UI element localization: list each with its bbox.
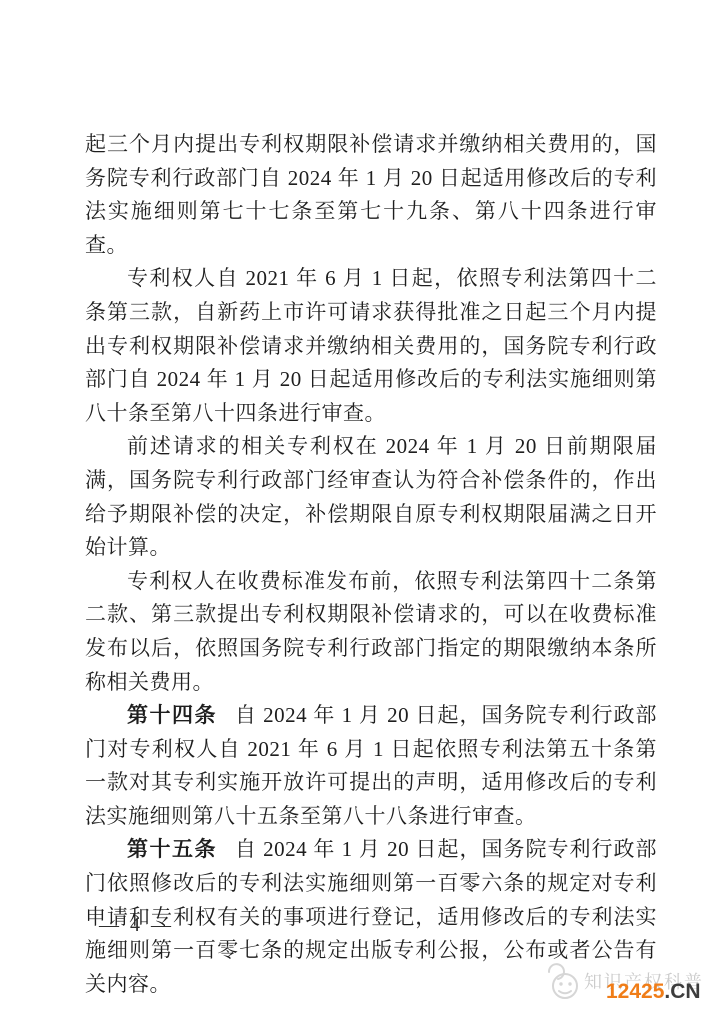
article-number: 第十五条 [127, 838, 217, 861]
body-paragraph: 起三个月内提出专利权期限补偿请求并缴纳相关费用的，国务院专利行政部门自 2024… [85, 128, 657, 262]
watermark-domain: 12425.CN [606, 980, 701, 1004]
article-number: 第十四条 [127, 704, 217, 727]
12425-logo-icon [543, 960, 583, 1007]
watermark: 知识产权科普 12425.CN [543, 958, 718, 1013]
paragraph-text: 专利权人在收费标准发布前，依照专利法第四十二条第二款、第三款提出专利权期限补偿请… [85, 569, 657, 694]
article-paragraph: 第十四条自 2024 年 1 月 20 日起，国务院专利行政部门对专利权人自 2… [85, 699, 657, 833]
page-number: — 4 — [99, 914, 174, 937]
paragraph-text: 专利权人自 2021 年 6 月 1 日起，依照专利法第四十二条第三款，自新药上… [85, 266, 657, 424]
paragraph-text: 起三个月内提出专利权期限补偿请求并缴纳相关费用的，国务院专利行政部门自 2024… [85, 132, 657, 257]
body-paragraph: 专利权人自 2021 年 6 月 1 日起，依照专利法第四十二条第三款，自新药上… [85, 262, 657, 430]
paragraph-text: 前述请求的相关专利权在 2024 年 1 月 20 日前期限届满，国务院专利行政… [85, 434, 657, 559]
watermark-domain-tld: .CN [664, 980, 700, 1003]
document-page: 起三个月内提出专利权期限补偿请求并缴纳相关费用的，国务院专利行政部门自 2024… [0, 0, 720, 1018]
body-paragraph: 前述请求的相关专利权在 2024 年 1 月 20 日前期限届满，国务院专利行政… [85, 430, 657, 564]
body-paragraph: 专利权人在收费标准发布前，依照专利法第四十二条第二款、第三款提出专利权期限补偿请… [85, 565, 657, 699]
watermark-domain-number: 12425 [606, 980, 664, 1003]
document-body: 起三个月内提出专利权期限补偿请求并缴纳相关费用的，国务院专利行政部门自 2024… [85, 128, 657, 1001]
